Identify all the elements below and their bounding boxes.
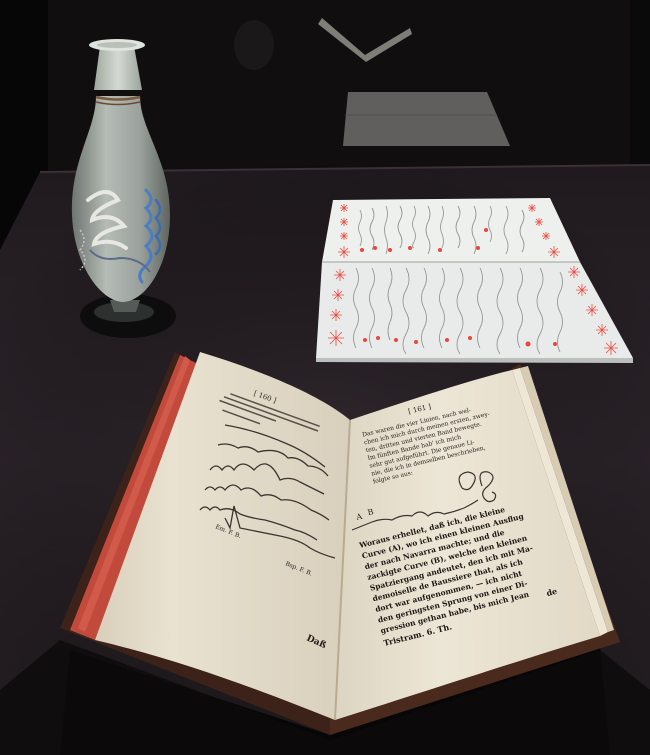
- scene-illustration: [ 160 ] Em. F. B. Bsp. F. B. Daß [ 161 ]: [0, 0, 650, 755]
- museum-display-scene: [ 160 ] Em. F. B. Bsp. F. B. Daß [ 161 ]: [0, 0, 650, 755]
